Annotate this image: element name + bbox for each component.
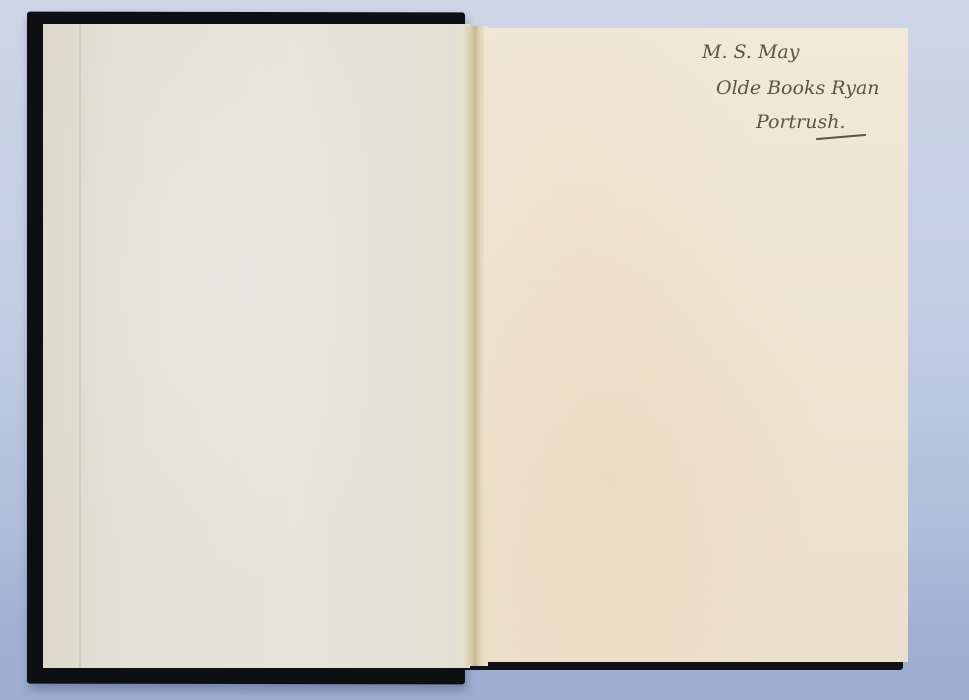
inscription-place: Portrush.	[756, 112, 846, 134]
inscription-shop: Olde Books Ryan	[716, 78, 880, 100]
left-endpaper	[43, 24, 470, 668]
inscription-name: M. S. May	[702, 42, 799, 64]
book-photo: M. S. May Olde Books Ryan Portrush.	[0, 0, 969, 700]
endpaper-fold	[79, 24, 81, 668]
